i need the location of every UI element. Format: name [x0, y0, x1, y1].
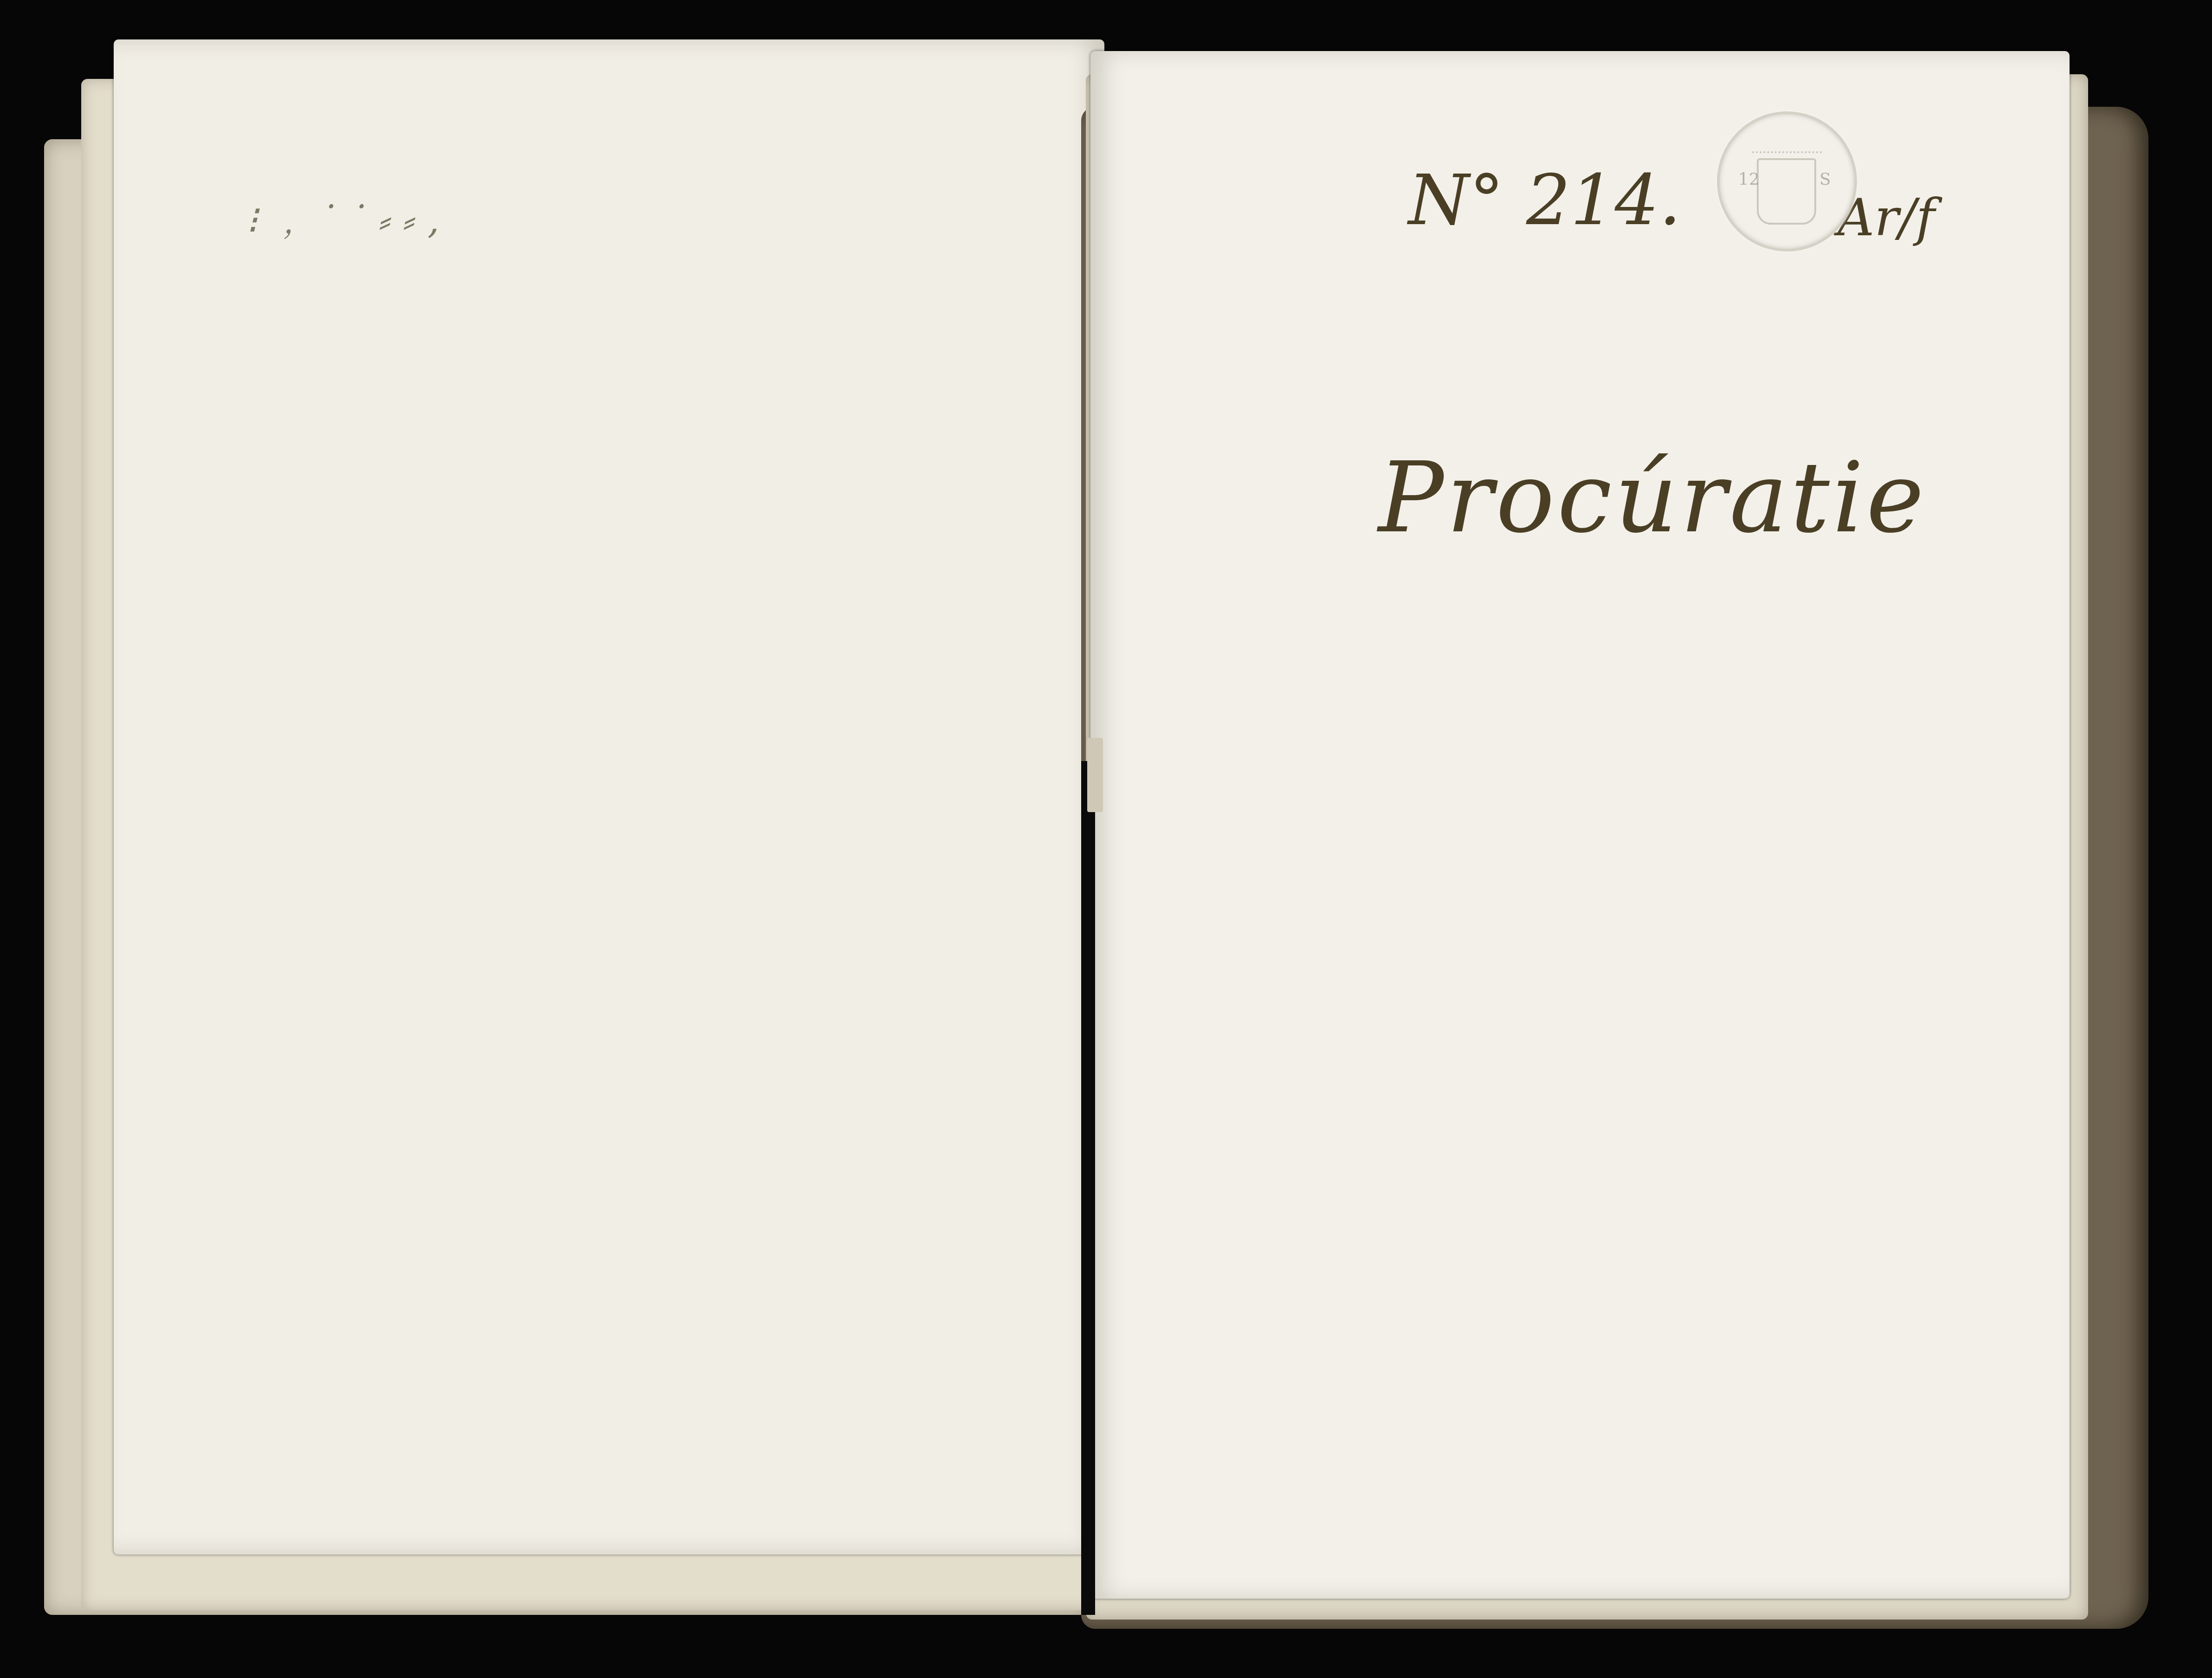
seal-letter: S [1819, 170, 1831, 189]
seal-numeral: 12 [1738, 170, 1760, 189]
binding-strip [1087, 738, 1103, 812]
document-title: Procúratie [1378, 441, 1927, 555]
right-page [1090, 51, 2070, 1599]
embossed-seal-icon: 12 S [1717, 111, 1857, 252]
left-page [114, 39, 1104, 1555]
left-page-mark-glyphs: ⁝ ﹐ ˙ ˙ ⸗ ⸗ , [246, 190, 439, 244]
lion-shield-icon [1757, 158, 1816, 225]
crown-icon [1752, 128, 1822, 153]
book-gutter [1081, 761, 1095, 1615]
document-number: N° 214. [1408, 160, 1681, 241]
